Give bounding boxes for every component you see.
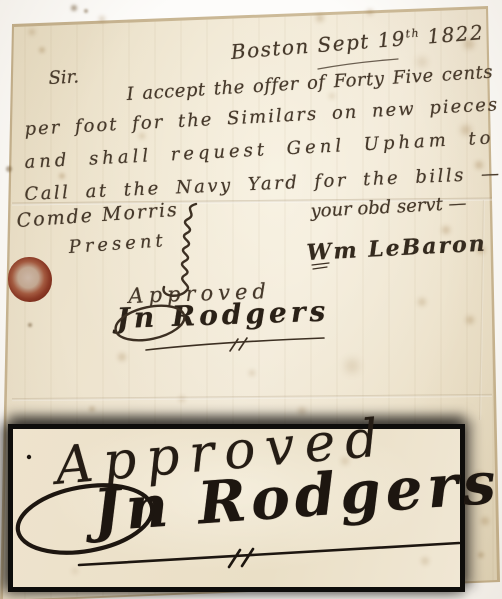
ink-dot <box>27 455 31 459</box>
inset-frame: Approved Jn Rodgers <box>8 424 465 592</box>
dateline-superscript: th <box>405 26 420 40</box>
inset-signature-ticks <box>229 549 253 567</box>
foxing-stains <box>0 0 4 4</box>
letter-photo: Boston Sept 19th1822 Sir. I accept the o… <box>0 0 502 599</box>
dateline-year: 1822 <box>426 20 485 48</box>
inset-signature-underline <box>79 543 459 565</box>
wax-seal <box>8 257 52 302</box>
inset-foxing-stains <box>13 429 17 433</box>
salutation: Sir. <box>48 66 79 89</box>
